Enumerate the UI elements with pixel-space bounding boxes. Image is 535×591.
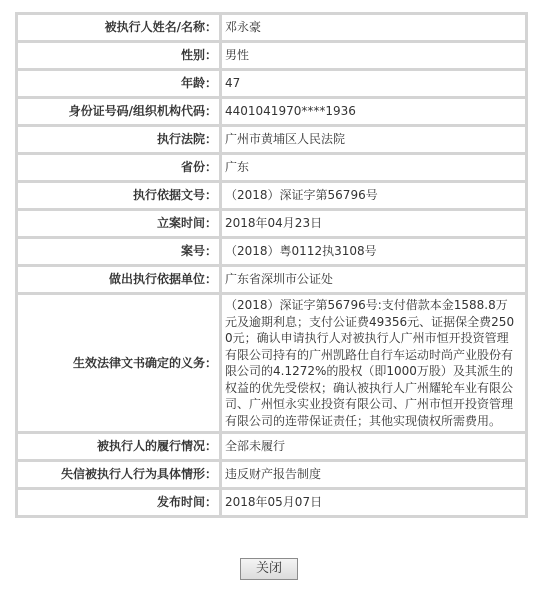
- value-age: 47: [221, 70, 527, 98]
- row-publish-date: 发布时间： 2018年05月07日: [17, 489, 527, 517]
- value-basis-issuer: 广东省深圳市公证处: [221, 266, 527, 294]
- value-court: 广州市黄埔区人民法院: [221, 126, 527, 154]
- label-case-number: 案号：: [17, 238, 221, 266]
- button-row: 关闭: [240, 557, 298, 580]
- value-basis-doc-number: （2018）深证字第56796号: [221, 182, 527, 210]
- dishonest-debtor-detail: 被执行人姓名/名称： 邓永豪 性别： 男性 年龄： 47 身份证号码/组织机构代…: [15, 12, 528, 518]
- value-performance: 全部未履行: [221, 433, 527, 461]
- detail-table: 被执行人姓名/名称： 邓永豪 性别： 男性 年龄： 47 身份证号码/组织机构代…: [15, 12, 528, 518]
- value-province: 广东: [221, 154, 527, 182]
- label-province: 省份：: [17, 154, 221, 182]
- value-case-number: （2018）粤0112执3108号: [221, 238, 527, 266]
- label-obligations: 生效法律文书确定的义务：: [17, 294, 221, 433]
- close-button[interactable]: 关闭: [240, 558, 298, 580]
- row-dishonest-behavior: 失信被执行人行为具体情形： 违反财产报告制度: [17, 461, 527, 489]
- label-performance: 被执行人的履行情况：: [17, 433, 221, 461]
- row-name: 被执行人姓名/名称： 邓永豪: [17, 14, 527, 42]
- value-obligations: （2018）深证字第56796号:支付借款本金1588.8万元及逾期利息；支付公…: [221, 294, 527, 433]
- label-dishonest-behavior: 失信被执行人行为具体情形：: [17, 461, 221, 489]
- row-gender: 性别： 男性: [17, 42, 527, 70]
- value-filing-date: 2018年04月23日: [221, 210, 527, 238]
- label-basis-issuer: 做出执行依据单位：: [17, 266, 221, 294]
- row-case-number: 案号： （2018）粤0112执3108号: [17, 238, 527, 266]
- row-obligations: 生效法律文书确定的义务： （2018）深证字第56796号:支付借款本金1588…: [17, 294, 527, 433]
- value-id-number: 4401041970****1936: [221, 98, 527, 126]
- row-age: 年龄： 47: [17, 70, 527, 98]
- label-court: 执行法院：: [17, 126, 221, 154]
- row-basis-issuer: 做出执行依据单位： 广东省深圳市公证处: [17, 266, 527, 294]
- value-gender: 男性: [221, 42, 527, 70]
- row-province: 省份： 广东: [17, 154, 527, 182]
- row-id-number: 身份证号码/组织机构代码： 4401041970****1936: [17, 98, 527, 126]
- label-name: 被执行人姓名/名称：: [17, 14, 221, 42]
- value-name: 邓永豪: [221, 14, 527, 42]
- row-court: 执行法院： 广州市黄埔区人民法院: [17, 126, 527, 154]
- row-performance: 被执行人的履行情况： 全部未履行: [17, 433, 527, 461]
- label-filing-date: 立案时间：: [17, 210, 221, 238]
- label-basis-doc-number: 执行依据文号：: [17, 182, 221, 210]
- label-id-number: 身份证号码/组织机构代码：: [17, 98, 221, 126]
- label-publish-date: 发布时间：: [17, 489, 221, 517]
- label-age: 年龄：: [17, 70, 221, 98]
- row-basis-doc-number: 执行依据文号： （2018）深证字第56796号: [17, 182, 527, 210]
- value-dishonest-behavior: 违反财产报告制度: [221, 461, 527, 489]
- value-publish-date: 2018年05月07日: [221, 489, 527, 517]
- label-gender: 性别：: [17, 42, 221, 70]
- row-filing-date: 立案时间： 2018年04月23日: [17, 210, 527, 238]
